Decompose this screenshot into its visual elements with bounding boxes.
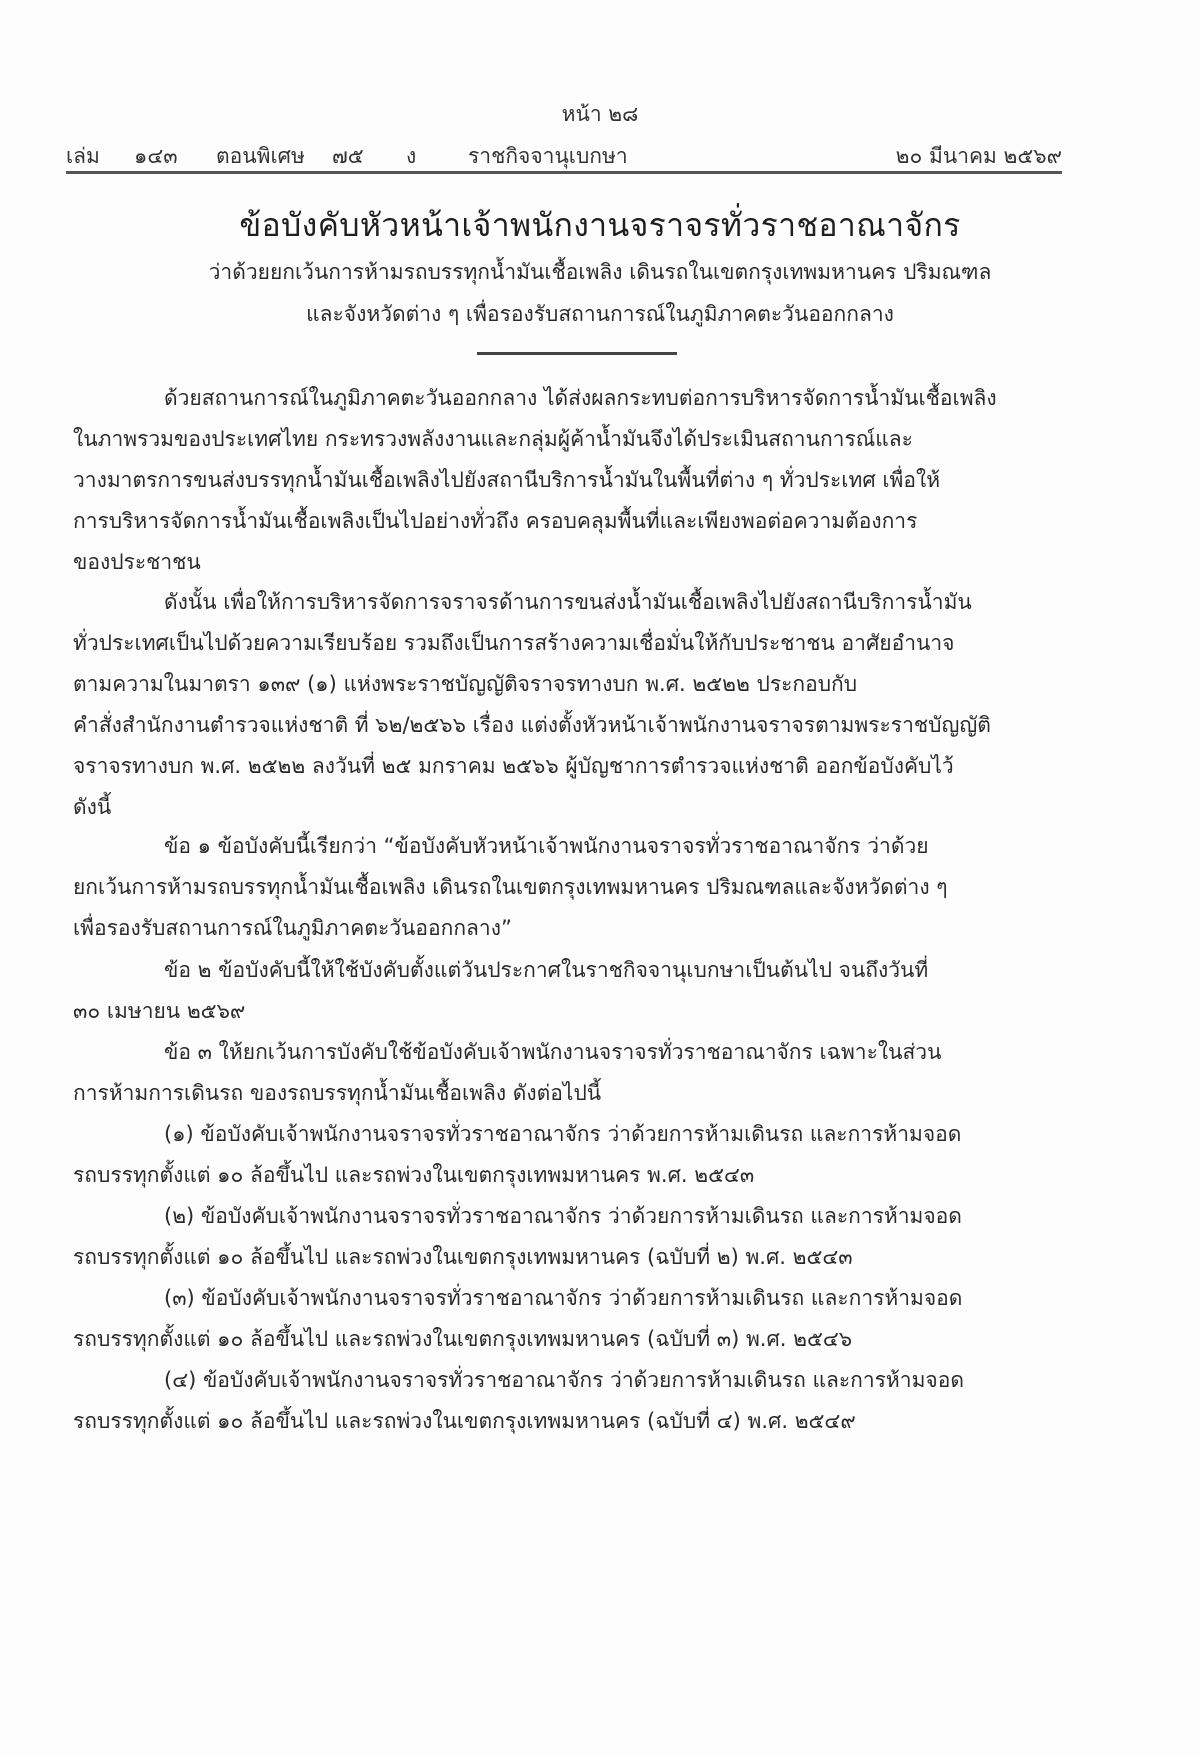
text-line: ในภาพรวมของประเทศไทย กระทรวงพลังงานและกล… bbox=[73, 419, 1056, 460]
gazette-page: หน้า ๒๘ เล่ม ๑๔๓ ตอนพิเศษ ๗๕ ง ราชกิจจาน… bbox=[0, 0, 1200, 1756]
text-line: ตามความในมาตรา ๑๓๙ (๑) แห่งพระราชบัญญัติ… bbox=[73, 664, 1056, 705]
title-divider bbox=[477, 352, 677, 355]
text-line: (๑) ข้อบังคับเจ้าพนักงานจราจรทั่วราชอาณา… bbox=[73, 1114, 1056, 1155]
issue-label: ตอนพิเศษ bbox=[216, 140, 305, 173]
clause-2: ข้อ ๒ ข้อบังคับนี้ให้ใช้บังคับตั้งแต่วัน… bbox=[73, 950, 1056, 1032]
clause-1: ข้อ ๑ ข้อบังคับนี้เรียกว่า “ข้อบังคับหัว… bbox=[73, 826, 1056, 949]
preamble-paragraph: ด้วยสถานการณ์ในภูมิภาคตะวันออกกลาง ได้ส่… bbox=[73, 378, 1056, 583]
clause-3: ข้อ ๓ ให้ยกเว้นการบังคับใช้ข้อบังคับเจ้า… bbox=[73, 1032, 1056, 1114]
text-line: คำสั่งสำนักงานตำรวจแห่งชาติ ที่ ๖๒/๒๕๖๖ … bbox=[73, 705, 1056, 746]
text-line: จราจรทางบก พ.ศ. ๒๕๒๒ ลงวันที่ ๒๕ มกราคม … bbox=[73, 746, 1056, 787]
text-line: รถบรรทุกตั้งแต่ ๑๐ ล้อขึ้นไป และรถพ่วงใน… bbox=[73, 1319, 1056, 1360]
publication-date: ๒๐ มีนาคม ๒๕๖๙ bbox=[896, 140, 1062, 173]
document-subtitle-line2: และจังหวัดต่าง ๆ เพื่อรองรับสถานการณ์ในภ… bbox=[0, 298, 1200, 331]
text-line: ทั่วประเทศเป็นไปด้วยความเรียบร้อย รวมถึง… bbox=[73, 623, 1056, 664]
text-line: ข้อ ๒ ข้อบังคับนี้ให้ใช้บังคับตั้งแต่วัน… bbox=[73, 950, 1056, 991]
text-line: รถบรรทุกตั้งแต่ ๑๐ ล้อขึ้นไป และรถพ่วงใน… bbox=[73, 1401, 1056, 1442]
volume-number: ๑๔๓ bbox=[134, 140, 178, 173]
text-line: รถบรรทุกตั้งแต่ ๑๐ ล้อขึ้นไป และรถพ่วงใน… bbox=[73, 1237, 1056, 1278]
text-line: ดังนี้ bbox=[73, 787, 1056, 828]
text-line: ข้อ ๓ ให้ยกเว้นการบังคับใช้ข้อบังคับเจ้า… bbox=[73, 1032, 1056, 1073]
text-line: วางมาตรการขนส่งบรรทุกน้ำมันเชื้อเพลิงไปย… bbox=[73, 460, 1056, 501]
text-line: ๓๐ เมษายน ๒๕๖๙ bbox=[73, 991, 1056, 1032]
list-item: (๓) ข้อบังคับเจ้าพนักงานจราจรทั่วราชอาณา… bbox=[73, 1278, 1056, 1360]
page-number: หน้า ๒๘ bbox=[0, 98, 1200, 131]
header-rule bbox=[66, 171, 1062, 174]
list-item: (๔) ข้อบังคับเจ้าพนักงานจราจรทั่วราชอาณา… bbox=[73, 1360, 1056, 1442]
text-line: (๒) ข้อบังคับเจ้าพนักงานจราจรทั่วราชอาณา… bbox=[73, 1196, 1056, 1237]
gazette-name: ราชกิจจานุเบกษา bbox=[468, 140, 628, 173]
text-line: ยกเว้นการห้ามรถบรรทุกน้ำมันเชื้อเพลิง เด… bbox=[73, 867, 1056, 908]
authority-paragraph: ดังนั้น เพื่อให้การบริหารจัดการจราจรด้าน… bbox=[73, 582, 1056, 828]
text-line: ดังนั้น เพื่อให้การบริหารจัดการจราจรด้าน… bbox=[73, 582, 1056, 623]
text-line: ข้อ ๑ ข้อบังคับนี้เรียกว่า “ข้อบังคับหัว… bbox=[73, 826, 1056, 867]
text-line: ของประชาชน bbox=[73, 542, 1056, 583]
text-line: (๔) ข้อบังคับเจ้าพนักงานจราจรทั่วราชอาณา… bbox=[73, 1360, 1056, 1401]
issue-number: ๗๕ bbox=[332, 140, 364, 173]
text-line: (๓) ข้อบังคับเจ้าพนักงานจราจรทั่วราชอาณา… bbox=[73, 1278, 1056, 1319]
text-line: รถบรรทุกตั้งแต่ ๑๐ ล้อขึ้นไป และรถพ่วงใน… bbox=[73, 1155, 1056, 1196]
text-line: ด้วยสถานการณ์ในภูมิภาคตะวันออกกลาง ได้ส่… bbox=[73, 378, 1056, 419]
text-line: เพื่อรองรับสถานการณ์ในภูมิภาคตะวันออกกลา… bbox=[73, 908, 1056, 949]
list-item: (๑) ข้อบังคับเจ้าพนักงานจราจรทั่วราชอาณา… bbox=[73, 1114, 1056, 1196]
gazette-header: เล่ม ๑๔๓ ตอนพิเศษ ๗๕ ง ราชกิจจานุเบกษา ๒… bbox=[66, 136, 1062, 170]
list-item: (๒) ข้อบังคับเจ้าพนักงานจราจรทั่วราชอาณา… bbox=[73, 1196, 1056, 1278]
volume-label: เล่ม bbox=[66, 140, 100, 173]
document-title: ข้อบังคับหัวหน้าเจ้าพนักงานจราจรทั่วราชอ… bbox=[0, 200, 1200, 251]
text-line: การห้ามการเดินรถ ของรถบรรทุกน้ำมันเชื้อเ… bbox=[73, 1073, 1056, 1114]
document-subtitle-line1: ว่าด้วยยกเว้นการห้ามรถบรรทุกน้ำมันเชื้อเ… bbox=[0, 256, 1200, 289]
text-line: การบริหารจัดการน้ำมันเชื้อเพลิงเป็นไปอย่… bbox=[73, 501, 1056, 542]
section-letter: ง bbox=[406, 140, 416, 173]
